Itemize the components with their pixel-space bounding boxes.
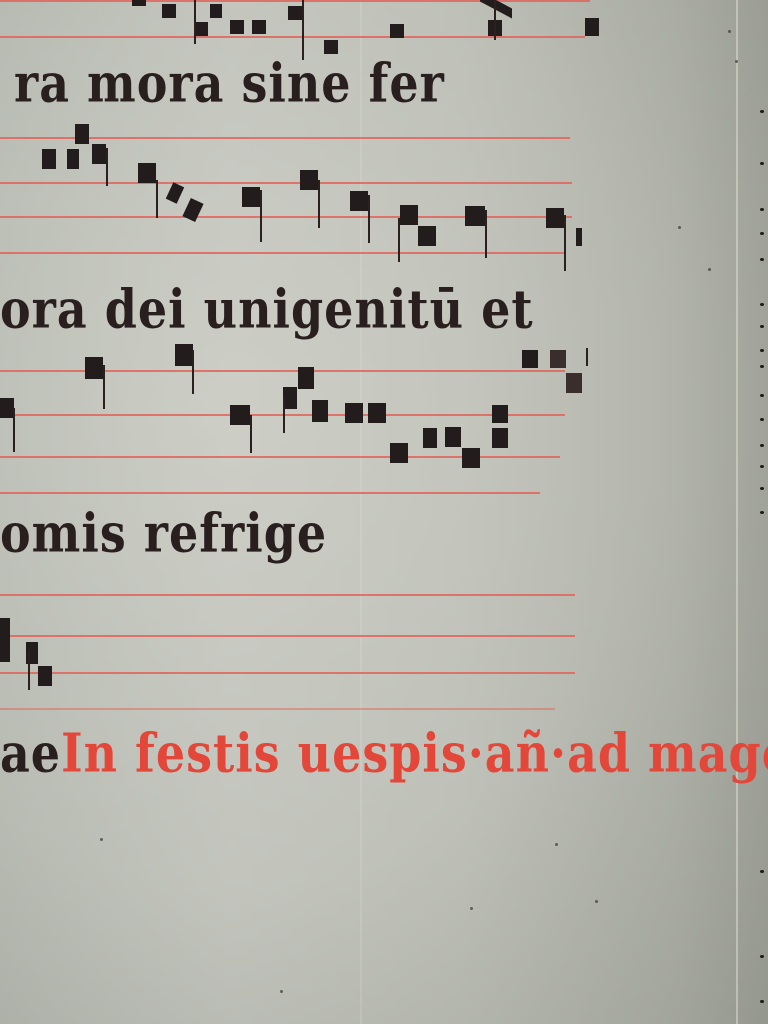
rubric-text: In festis uespis·añ·ad mage [61,722,768,784]
lyric-line-2: ora dei unigenitū et [0,278,534,340]
rubric-prefix-text: ae [0,722,61,784]
parchment-crease [360,0,362,1024]
staff-line [0,594,575,596]
staff-line [0,36,585,38]
lyric-line-1: ra mora sine fer [14,52,445,114]
lyric-line-3: omis refrige [0,502,327,564]
staff-line [0,672,575,674]
staff-line [0,708,555,710]
ruling-fold-line [736,0,738,1024]
staff-line [0,635,575,637]
rubric-line: aeIn festis uespis·añ·ad mage [0,722,768,784]
staff-line [0,492,540,494]
staff-line [0,0,590,2]
staff-line [0,252,565,254]
staff-line [0,182,572,184]
